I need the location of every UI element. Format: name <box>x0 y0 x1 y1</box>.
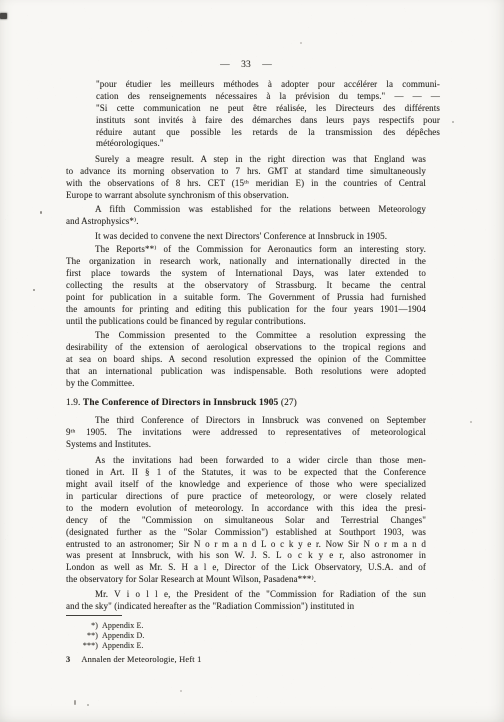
footnote-text: Appendix E. <box>102 641 144 650</box>
paragraph-fifth-commission: A fifth Commission was established for t… <box>66 204 426 228</box>
footnotes-block: *)Appendix E. **)Appendix D. ***)Appendi… <box>66 615 426 650</box>
paragraph-third-conference: The third Conference of Directors in Inn… <box>66 415 426 451</box>
text-line: first place towards the system of Intern… <box>66 268 426 280</box>
footnote-text: Appendix D. <box>102 631 144 640</box>
scan-speck <box>33 289 35 291</box>
page-number: — 33 — <box>66 60 426 72</box>
footnote-text: Appendix E. <box>102 621 144 630</box>
paragraph-surely-meagre-result: Surely a meagre result. A step in the ri… <box>66 154 426 202</box>
text-line: the observatory for Solar Research at Mo… <box>66 574 426 586</box>
text-line: météorologiques." <box>96 138 440 150</box>
text-line: "pour étudier les meilleurs méthodes à a… <box>96 79 440 91</box>
footnote: ***)Appendix E. <box>66 641 426 651</box>
scan-speck <box>300 42 302 44</box>
text-line: was present at Innsbruck, with his son W… <box>66 550 426 562</box>
paragraph-next-conference: It was decided to convene the next Direc… <box>66 231 426 243</box>
text-line: to the modern evolution of meteorology. … <box>66 503 426 515</box>
text-line: It was decided to convene the next Direc… <box>66 231 426 243</box>
text-line: Systems and Institutes. <box>66 439 426 451</box>
scan-speck <box>470 421 472 423</box>
text-line: A fifth Commission was established for t… <box>66 204 426 216</box>
text-line: "Si cette communication ne peut être réa… <box>96 103 440 115</box>
footnote-marker: ***) <box>66 641 98 651</box>
sheet-signature-number: 3 <box>66 655 70 664</box>
footnote-marker: *) <box>66 621 98 631</box>
text-line: (designated further as the "Solar Commis… <box>66 527 426 539</box>
text-line: with the observations of 8 hrs. CET (15ᵗ… <box>66 178 426 190</box>
scan-speck <box>452 121 454 123</box>
text-line: might avail itself of the knowledge and … <box>66 479 426 491</box>
text-line: Mr. V i o l l e, the President of the "C… <box>66 589 426 601</box>
text-line: The organization in research work, natio… <box>66 256 426 268</box>
text-line: collecting the results at the observator… <box>66 280 426 292</box>
section-reference: (27) <box>281 398 297 408</box>
section-title: The Conference of Directors in Innsbruck… <box>83 398 278 408</box>
text-line: in particular directions of pure practic… <box>66 491 426 503</box>
text-line: and the sky" (indicated hereafter as the… <box>66 601 426 613</box>
paragraph-invitations-wider-circle: As the invitations had been forwarded to… <box>66 455 426 586</box>
text-line: London as well as Mr. S. H a l e, Direct… <box>66 562 426 574</box>
scanned-document-page: — 33 — "pour étudier les meilleurs métho… <box>0 0 504 722</box>
text-line: to advance its morning observation to 7 … <box>66 166 426 178</box>
page-footer: 3Annalen der Meteorologie, Heft 1 <box>66 654 202 666</box>
text-line: The Reports**⁾ of the Commission for Aer… <box>66 244 426 256</box>
scan-smudge <box>0 13 7 19</box>
scan-speck <box>87 704 89 706</box>
paragraph-commission-resolutions: The Commission presented to the Committe… <box>66 330 426 390</box>
section-number: 1.9. <box>66 398 80 408</box>
text-line: Europe to warrant absolute synchronism o… <box>66 190 426 202</box>
text-line: dency of the "Commission on simultaneous… <box>66 515 426 527</box>
text-line: cation des renseignements nécessaires à … <box>96 91 440 103</box>
scan-speck <box>74 700 76 705</box>
footnote-marker: **) <box>66 631 98 641</box>
text-line: tioned in Art. II § 1 of the Statutes, i… <box>66 467 426 479</box>
text-line: by the Committee. <box>66 378 426 390</box>
footnote: *)Appendix E. <box>66 621 426 631</box>
text-line: The third Conference of Directors in Inn… <box>66 415 426 427</box>
text-line: The Commission presented to the Committe… <box>66 330 426 342</box>
french-quotation-block: "pour étudier les meilleurs méthodes à a… <box>96 79 440 150</box>
text-line: the amounts for printing and editing thi… <box>66 304 426 316</box>
text-line: Surely a meagre result. A step in the ri… <box>66 154 426 166</box>
scan-speck <box>40 211 42 214</box>
text-line: entrusted to an astronomer; Sir N o r m … <box>66 539 426 551</box>
text-line: réduire autant que possible les retards … <box>96 127 440 139</box>
footnote-separator-rule <box>66 615 122 616</box>
page-body: — 33 — "pour étudier les meilleurs métho… <box>66 60 426 650</box>
text-line: instituts sont invités à faire des démar… <box>96 115 440 127</box>
section-heading-1-9: 1.9. The Conference of Directors in Inns… <box>66 398 426 410</box>
text-line: As the invitations had been forwarded to… <box>66 455 426 467</box>
text-line: until the publications could be financed… <box>66 316 426 328</box>
paragraph-aeronautics-reports: The Reports**⁾ of the Commission for Aer… <box>66 244 426 327</box>
text-line: point for publication in a suitable form… <box>66 292 426 304</box>
paragraph-mr-violle: Mr. V i o l l e, the President of the "C… <box>66 589 426 613</box>
footnote: **)Appendix D. <box>66 631 426 641</box>
text-line: that an international publication was in… <box>66 366 426 378</box>
text-line: and Astrophysics*⁾. <box>66 216 426 228</box>
text-line: desirability of the extension of aerolog… <box>66 342 426 354</box>
scan-speck <box>180 690 182 692</box>
text-line: 9ᵗʰ 1905. The invitations were addressed… <box>66 427 426 439</box>
imprint-text: Annalen der Meteorologie, Heft 1 <box>81 655 201 664</box>
text-line: at sea on board ships. A second resoluti… <box>66 354 426 366</box>
